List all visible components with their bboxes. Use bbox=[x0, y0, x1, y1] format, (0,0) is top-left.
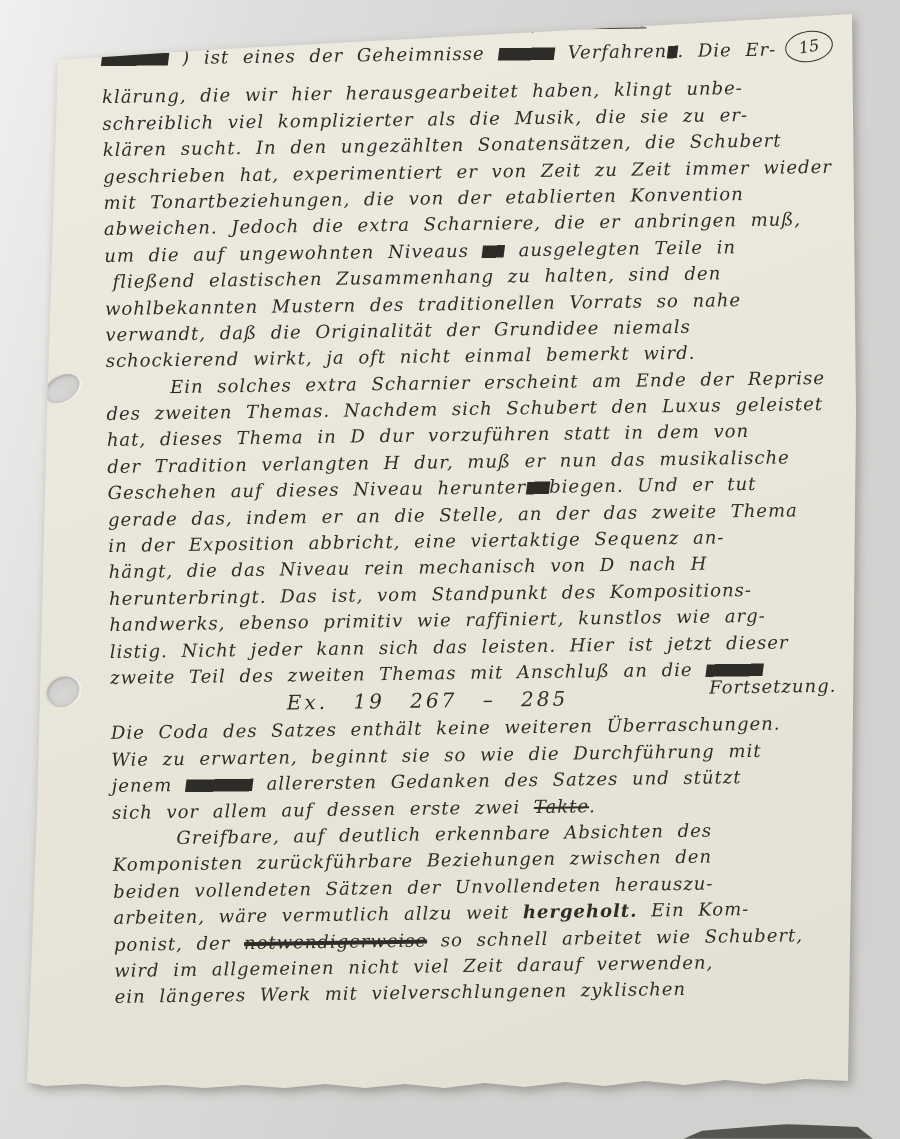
handwritten-text: ( Daß man nicht richtig merkt, was da pa… bbox=[125, 17, 537, 41]
struck-text: notwendigerweise bbox=[244, 930, 427, 954]
scene-background: { "page": { "number": "15", "background_… bbox=[0, 0, 900, 1139]
handwritten-text: Geschehen auf dieses Niveau herunter bbox=[107, 477, 526, 504]
handwritten-text: Verfahren bbox=[554, 41, 667, 64]
handwritten-text: allerersten Gedanken des Satzes und stüt… bbox=[253, 767, 742, 795]
struck-text: Takte bbox=[534, 796, 589, 818]
manuscript-body: ( Daß man nicht richtig merkt, was da pa… bbox=[101, 10, 839, 1012]
scribbled-out-text: xxxxx bbox=[497, 41, 556, 68]
handwritten-text: Ex. 19 267 – 285 bbox=[287, 687, 569, 715]
scribbled-out-text: xx bbox=[481, 238, 507, 265]
handwritten-text: arbeiten, wäre vermutlich allzu weit bbox=[113, 902, 523, 929]
handwritten-text: jenem bbox=[112, 775, 187, 797]
handwritten-text: hergeholt. bbox=[523, 901, 638, 924]
handwritten-text: um die auf ungewohnten Niveaus bbox=[104, 240, 483, 266]
manuscript-line: xxxxxx ) ist eines der Geheimnisse xxxxx… bbox=[101, 37, 825, 73]
handwritten-text: . Die Er- bbox=[677, 40, 776, 62]
handwritten-text: ein längeres Werk mit vielverschlungenen… bbox=[115, 979, 687, 1008]
handwritten-text: Greifbare, auf deutlich erkennbare Absic… bbox=[176, 820, 712, 848]
handwritten-text: . bbox=[589, 796, 596, 817]
manuscript-paper: 15 ( Daß man nicht richtig merkt, was da… bbox=[25, 12, 857, 1092]
handwritten-text: ausgelegten Teile in bbox=[505, 237, 736, 261]
scribbled-out-text: xxxxxx bbox=[100, 46, 170, 73]
desk-shadow-object bbox=[683, 1124, 873, 1139]
handwritten-text: ponist, der bbox=[114, 933, 244, 956]
handwritten-text: so schnell arbeitet wie Schubert, bbox=[427, 925, 803, 951]
handwritten-text: ) ist eines der Geheimnisse bbox=[168, 43, 498, 69]
punch-hole-top bbox=[40, 368, 85, 409]
handwritten-text bbox=[536, 17, 545, 35]
scribbled-out-text: zu bbox=[524, 475, 550, 502]
handwritten-text: biegen. Und er tut bbox=[549, 474, 756, 498]
scribbled-out-text: xxxxxx bbox=[184, 772, 254, 799]
punch-hole-bottom bbox=[42, 670, 86, 714]
handwritten-text: Ein Kom- bbox=[637, 899, 749, 922]
inserted-text: von Schuberts bbox=[546, 15, 647, 31]
handwritten-text: sich vor allem auf dessen erste zwei bbox=[112, 797, 534, 824]
